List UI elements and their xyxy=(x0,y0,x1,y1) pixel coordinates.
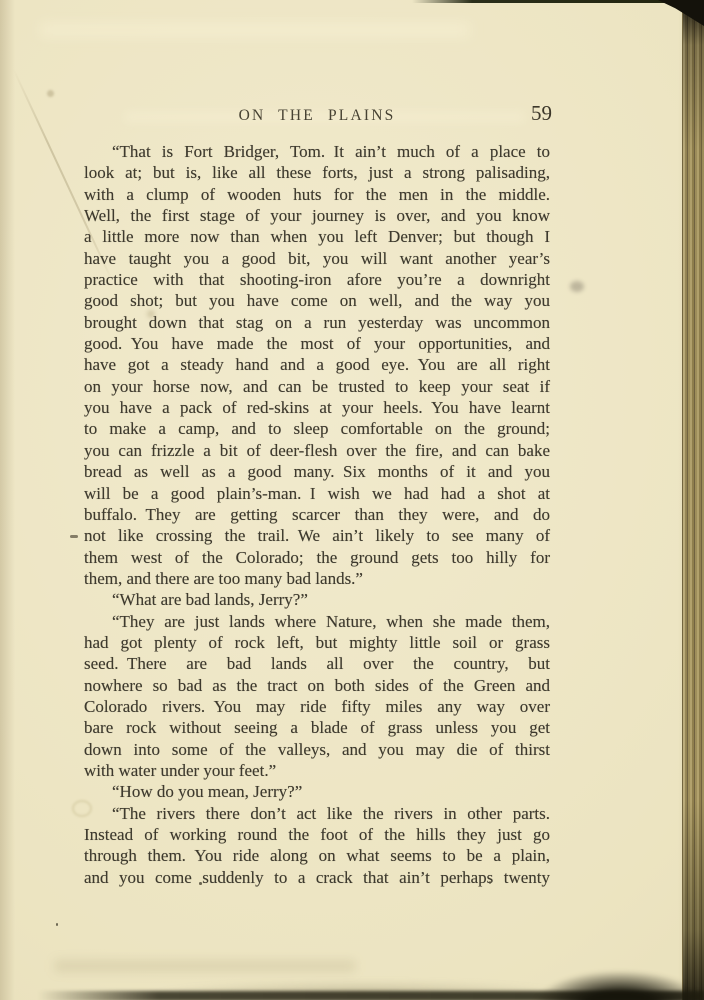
text-line: Colorado rivers. You may ride fifty mile… xyxy=(84,696,550,717)
bottom-right-corner-shadow xyxy=(534,971,704,1000)
paragraph: “They are just lands where Nature, when … xyxy=(84,611,550,782)
page-header: ON THE PLAINS 59 xyxy=(84,103,550,127)
paper-speck xyxy=(199,882,202,885)
text-line: good shot; but you have come on well, an… xyxy=(84,290,550,311)
text-line: bread as well as a good many. Six months… xyxy=(84,461,550,482)
text-line: you have a pack of red-skins at your hee… xyxy=(84,397,550,418)
text-line: practice with that shooting-iron afore y… xyxy=(84,269,550,290)
text-line: with water under your feet.” xyxy=(84,760,550,781)
text-line: “That is Fort Bridger, Tom. It ain’t muc… xyxy=(84,141,550,162)
page-number: 59 xyxy=(531,101,552,126)
text-line: had got plenty of rock left, but mighty … xyxy=(84,632,550,653)
text-line: Instead of working round the foot of the… xyxy=(84,824,550,845)
paragraph: “That is Fort Bridger, Tom. It ain’t muc… xyxy=(84,141,550,589)
text-line: seed. There are bad lands all over the c… xyxy=(84,653,550,674)
text-line: on your horse now, and can be trusted to… xyxy=(84,376,550,397)
text-line: and you come suddenly to a crack that ai… xyxy=(84,867,550,888)
page-edge-left-shading xyxy=(0,0,15,1000)
text-line: with a clump of wooden huts for the men … xyxy=(84,184,550,205)
text-line: bare rock without seeing a blade of gras… xyxy=(84,717,550,738)
running-title: ON THE PLAINS xyxy=(239,107,396,125)
paper-spot xyxy=(47,90,54,97)
paragraph: “What are bad lands, Jerry?” xyxy=(84,589,550,610)
text-line: “They are just lands where Nature, when … xyxy=(84,611,550,632)
text-line: through them. You ride along on what see… xyxy=(84,845,550,866)
text-line: Well, the first stage of your journey is… xyxy=(84,205,550,226)
paragraph: “The rivers there don’t act like the riv… xyxy=(84,803,550,888)
text-line: not like crossing the trail. We ain’t li… xyxy=(84,525,550,546)
text-line: will be a good plain’s-man. I wish we ha… xyxy=(84,483,550,504)
top-edge-shadow xyxy=(412,0,686,3)
paper-speck xyxy=(56,923,58,926)
paper-spot xyxy=(147,310,155,318)
text-line: them west of the Colorado; the ground ge… xyxy=(84,547,550,568)
paper-spot xyxy=(72,800,92,817)
page-text: “That is Fort Bridger, Tom. It ain’t muc… xyxy=(84,141,550,888)
book-fore-edge xyxy=(682,0,704,1000)
text-line: to make a camp, and to sleep comfortable… xyxy=(84,418,550,439)
margin-mark xyxy=(70,535,78,538)
text-line: a little more now than when you left Den… xyxy=(84,226,550,247)
text-line: have taught you a good bit, you will wan… xyxy=(84,248,550,269)
text-line: “How do you mean, Jerry?” xyxy=(84,781,550,802)
text-line: look at; but is, like all these forts, j… xyxy=(84,162,550,183)
text-line: buffalo. They are getting scarcer than t… xyxy=(84,504,550,525)
text-line: you can frizzle a bit of deer-flesh over… xyxy=(84,440,550,461)
paragraph: “How do you mean, Jerry?” xyxy=(84,781,550,802)
text-line: have got a steady hand and a good eye. Y… xyxy=(84,354,550,375)
text-line: “What are bad lands, Jerry?” xyxy=(84,589,550,610)
text-line: nowhere so bad as the tract on both side… xyxy=(84,675,550,696)
text-line: good. You have made the most of your opp… xyxy=(84,333,550,354)
scanned-book-page: ON THE PLAINS 59 “That is Fort Bridger, … xyxy=(0,0,704,1000)
text-line: “The rivers there don’t act like the riv… xyxy=(84,803,550,824)
ink-smudge xyxy=(570,281,584,292)
text-line: down into some of the valleys, and you m… xyxy=(84,739,550,760)
text-line: them, and there are too many bad lands.” xyxy=(84,568,550,589)
paper-speck xyxy=(489,881,491,884)
